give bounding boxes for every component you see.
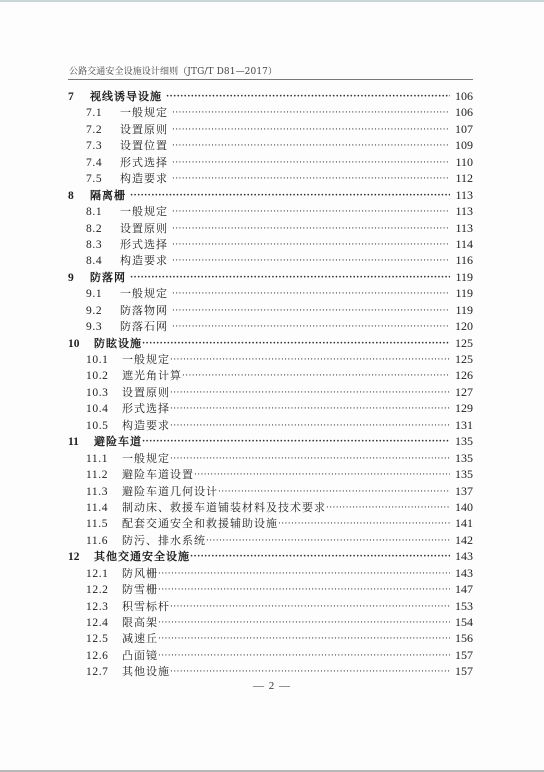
toc-section-row[interactable]: 9.2防落物网119	[68, 302, 473, 318]
toc-entry-number: 12.7	[86, 664, 122, 680]
dot-leader	[170, 451, 450, 467]
toc-section-row[interactable]: 8.4构造要求116	[68, 252, 473, 268]
toc-entry-number: 7.5	[86, 171, 120, 187]
toc-entry-page: 143	[453, 565, 473, 581]
toc-section-row[interactable]: 10.4形式选择129	[68, 400, 473, 416]
dot-leader	[158, 582, 450, 598]
toc-entry-title: 构造要求	[122, 418, 170, 434]
toc-entry-title: 遮光角计算	[122, 368, 182, 384]
toc-entry-title: 其他设施	[122, 664, 170, 680]
toc-chapter-row[interactable]: 10防眩设施125	[68, 335, 473, 351]
toc-entry-number: 7.3	[86, 138, 120, 154]
toc-chapter-row[interactable]: 12其他交通安全设施143	[68, 548, 473, 564]
toc-entry-page: 147	[453, 581, 473, 597]
toc-entry-page: 113	[453, 220, 473, 236]
toc-section-row[interactable]: 12.2防雪栅147	[68, 581, 473, 597]
toc-entry-title: 构造要求	[120, 171, 168, 187]
toc-entry-title: 防落石网	[120, 319, 168, 335]
dot-leader	[170, 599, 450, 615]
dot-leader	[172, 303, 450, 319]
toc-section-row[interactable]: 11.5配套交通安全和救援辅助设施141	[68, 515, 473, 531]
toc-entry-page: 125	[453, 335, 473, 351]
toc-entry-page: 119	[453, 285, 473, 301]
toc-entry-title: 制动床、救援车道铺装材料及技术要求	[122, 500, 326, 516]
toc-entry-number: 12.4	[86, 615, 122, 631]
toc-entry-page: 156	[453, 630, 473, 646]
dot-leader	[172, 122, 450, 138]
page-number: — 2 —	[0, 680, 544, 692]
dot-leader	[172, 171, 450, 187]
dot-leader	[170, 664, 450, 680]
toc-entry-page: 141	[453, 515, 473, 531]
toc-entry-title: 形式选择	[120, 155, 168, 171]
dot-leader	[158, 566, 450, 582]
toc-entry-number: 8.4	[86, 253, 120, 269]
toc-entry-title: 隔离栅	[90, 188, 126, 204]
toc-section-row[interactable]: 7.3设置位置109	[68, 137, 473, 153]
toc-entry-page: 135	[453, 450, 473, 466]
toc-entry-title: 防雪栅	[122, 582, 158, 598]
toc-entry-page: 154	[453, 614, 473, 630]
toc-entry-number: 12.1	[86, 566, 122, 582]
dot-leader	[172, 204, 450, 220]
toc-entry-number: 11.3	[86, 484, 122, 500]
dot-leader	[158, 615, 450, 631]
toc-entry-number: 7.1	[86, 105, 120, 121]
toc-entry-title: 防污、排水系统	[122, 533, 206, 549]
toc-entry-title: 设置原则	[122, 385, 170, 401]
dot-leader	[172, 237, 450, 253]
toc-entry-page: 119	[453, 302, 473, 318]
toc-entry-title: 一般规定	[122, 352, 170, 368]
toc-entry-number: 11.6	[86, 533, 122, 549]
toc-entry-title: 设置原则	[120, 221, 168, 237]
toc-entry-page: 120	[453, 318, 473, 334]
toc-section-row[interactable]: 11.1一般规定135	[68, 450, 473, 466]
toc-section-row[interactable]: 9.3防落石网120	[68, 318, 473, 334]
dot-leader	[170, 401, 450, 417]
toc-entry-title: 其他交通安全设施	[94, 549, 190, 565]
toc-section-row[interactable]: 10.2遮光角计算126	[68, 367, 473, 383]
toc-entry-number: 7.4	[86, 155, 120, 171]
toc-section-row[interactable]: 12.1防风栅143	[68, 565, 473, 581]
toc-entry-title: 一般规定	[122, 451, 170, 467]
toc-entry-title: 避险车道	[94, 434, 142, 450]
toc-section-row[interactable]: 11.2避险车道设置135	[68, 466, 473, 482]
dot-leader	[172, 221, 450, 237]
toc-section-row[interactable]: 12.6凸面镜157	[68, 647, 473, 663]
toc-entry-number: 8.3	[86, 237, 120, 253]
toc-entry-title: 视线诱导设施	[90, 89, 162, 105]
toc-section-row[interactable]: 7.1一般规定106	[68, 104, 473, 120]
toc-entry-page: 106	[453, 104, 473, 120]
dot-leader	[170, 385, 450, 401]
toc-entry-number: 8.2	[86, 221, 120, 237]
toc-entry-number: 12.3	[86, 599, 122, 615]
toc-entry-title: 避险车道设置	[122, 467, 194, 483]
toc-section-row[interactable]: 7.2设置原则107	[68, 121, 473, 137]
scan-top-edge	[0, 0, 544, 2]
header-rule	[68, 79, 473, 80]
dot-leader	[142, 434, 450, 450]
toc-entry-number: 8	[68, 188, 90, 204]
toc-entry-number: 11.4	[86, 500, 122, 516]
toc-entry-number: 12	[68, 549, 94, 565]
toc-entry-number: 12.5	[86, 631, 122, 647]
toc-entry-title: 设置位置	[120, 138, 168, 154]
toc-entry-title: 防风栅	[122, 566, 158, 582]
toc-entry-page: 109	[453, 137, 473, 153]
toc-section-row[interactable]: 12.5减速丘156	[68, 630, 473, 646]
toc-entry-page: 112	[453, 170, 473, 186]
toc-entry-title: 一般规定	[120, 286, 168, 302]
dot-leader	[172, 138, 450, 154]
dot-leader	[158, 631, 450, 647]
toc-entry-number: 10	[68, 336, 94, 352]
toc-entry-number: 8.1	[86, 204, 120, 220]
toc-chapter-row[interactable]: 11避险车道135	[68, 433, 473, 449]
toc-entry-title: 积雪标杆	[122, 599, 170, 615]
dot-leader	[182, 368, 450, 384]
toc-entry-number: 10.4	[86, 401, 122, 417]
toc-chapter-row[interactable]: 9防落网119	[68, 269, 473, 285]
toc-entry-title: 防眩设施	[94, 336, 142, 352]
toc-entry-page: 137	[453, 483, 473, 499]
dot-leader	[326, 500, 450, 516]
toc-entry-page: 110	[453, 154, 473, 170]
dot-leader	[278, 516, 450, 532]
dot-leader	[142, 336, 450, 352]
toc-entry-title: 设置原则	[120, 122, 168, 138]
toc-entry-number: 10.3	[86, 385, 122, 401]
toc-entry-page: 143	[453, 548, 473, 564]
toc-entry-page: 153	[453, 598, 473, 614]
toc-section-row[interactable]: 12.3积雪标杆153	[68, 598, 473, 614]
toc-entry-page: 131	[453, 417, 473, 433]
toc-entry-number: 9.1	[86, 286, 120, 302]
dot-leader	[172, 155, 450, 171]
toc-entry-number: 11	[68, 434, 94, 450]
toc-entry-number: 9.2	[86, 303, 120, 319]
toc-entry-number: 11.1	[86, 451, 122, 467]
dot-leader	[172, 319, 450, 335]
dot-leader	[170, 352, 450, 368]
toc-entry-page: 113	[453, 187, 473, 203]
toc-section-row[interactable]: 9.1一般规定119	[68, 285, 473, 301]
toc-section-row[interactable]: 8.1一般规定113	[68, 203, 473, 219]
toc-entry-number: 11.2	[86, 467, 122, 483]
toc-entry-number: 12.2	[86, 582, 122, 598]
toc-section-row[interactable]: 10.1一般规定125	[68, 351, 473, 367]
toc-entry-title: 防落物网	[120, 303, 168, 319]
toc-entry-page: 157	[453, 647, 473, 663]
toc-entry-page: 135	[453, 466, 473, 482]
dot-leader	[170, 418, 450, 434]
toc-section-row[interactable]: 7.5构造要求112	[68, 170, 473, 186]
dot-leader	[172, 253, 450, 269]
dot-leader	[130, 270, 450, 286]
toc-entry-page: 116	[453, 252, 473, 268]
toc-chapter-row[interactable]: 7视线诱导设施106	[68, 88, 473, 104]
toc-entry-title: 防落网	[90, 270, 126, 286]
toc-section-row[interactable]: 11.6防污、排水系统142	[68, 532, 473, 548]
toc-entry-number: 9	[68, 270, 90, 286]
toc-entry-number: 10.1	[86, 352, 122, 368]
table-of-contents: 7视线诱导设施1067.1一般规定1067.2设置原则1077.3设置位置109…	[68, 88, 473, 680]
toc-entry-page: 127	[453, 384, 473, 400]
toc-section-row[interactable]: 10.5构造要求131	[68, 417, 473, 433]
dot-leader	[166, 89, 450, 105]
toc-entry-title: 减速丘	[122, 631, 158, 647]
dot-leader	[218, 484, 450, 500]
toc-entry-page: 126	[453, 367, 473, 383]
toc-entry-page: 125	[453, 351, 473, 367]
dot-leader	[194, 467, 450, 483]
toc-section-row[interactable]: 8.3形式选择114	[68, 236, 473, 252]
toc-entry-page: 157	[453, 663, 473, 679]
toc-chapter-row[interactable]: 8隔离栅113	[68, 187, 473, 203]
dot-leader	[172, 286, 450, 302]
toc-entry-page: 119	[453, 269, 473, 285]
toc-entry-title: 凸面镜	[122, 648, 158, 664]
toc-entry-page: 129	[453, 400, 473, 416]
toc-entry-title: 一般规定	[120, 204, 168, 220]
dot-leader	[130, 188, 450, 204]
toc-entry-number: 10.2	[86, 368, 122, 384]
toc-entry-page: 107	[453, 121, 473, 137]
toc-entry-number: 9.3	[86, 319, 120, 335]
toc-entry-page: 142	[453, 532, 473, 548]
running-header: 公路交通安全设施设计细则（JTG/T D81—2017）	[69, 64, 277, 77]
toc-section-row[interactable]: 12.4限高架154	[68, 614, 473, 630]
toc-section-row[interactable]: 11.4制动床、救援车道铺装材料及技术要求140	[68, 499, 473, 515]
toc-entry-page: 135	[453, 433, 473, 449]
toc-entry-number: 10.5	[86, 418, 122, 434]
toc-entry-title: 一般规定	[120, 105, 168, 121]
dot-leader	[206, 533, 450, 549]
toc-entry-title: 限高架	[122, 615, 158, 631]
toc-entry-number: 11.5	[86, 516, 122, 532]
dot-leader	[158, 648, 450, 664]
toc-entry-page: 113	[453, 203, 473, 219]
toc-entry-title: 形式选择	[120, 237, 168, 253]
dot-leader	[190, 549, 450, 565]
toc-section-row[interactable]: 11.3避险车道几何设计137	[68, 483, 473, 499]
toc-entry-number: 7	[68, 89, 90, 105]
toc-entry-title: 构造要求	[120, 253, 168, 269]
toc-entry-title: 形式选择	[122, 401, 170, 417]
toc-entry-title: 配套交通安全和救援辅助设施	[122, 516, 278, 532]
dot-leader	[172, 105, 450, 121]
toc-section-row[interactable]: 10.3设置原则127	[68, 384, 473, 400]
toc-entry-number: 7.2	[86, 122, 120, 138]
toc-section-row[interactable]: 7.4形式选择110	[68, 154, 473, 170]
toc-section-row[interactable]: 8.2设置原则113	[68, 220, 473, 236]
toc-entry-number: 12.6	[86, 648, 122, 664]
toc-section-row[interactable]: 12.7其他设施157	[68, 663, 473, 679]
toc-entry-page: 140	[453, 499, 473, 515]
toc-entry-page: 114	[453, 236, 473, 252]
toc-entry-title: 避险车道几何设计	[122, 484, 218, 500]
toc-entry-page: 106	[453, 88, 473, 104]
